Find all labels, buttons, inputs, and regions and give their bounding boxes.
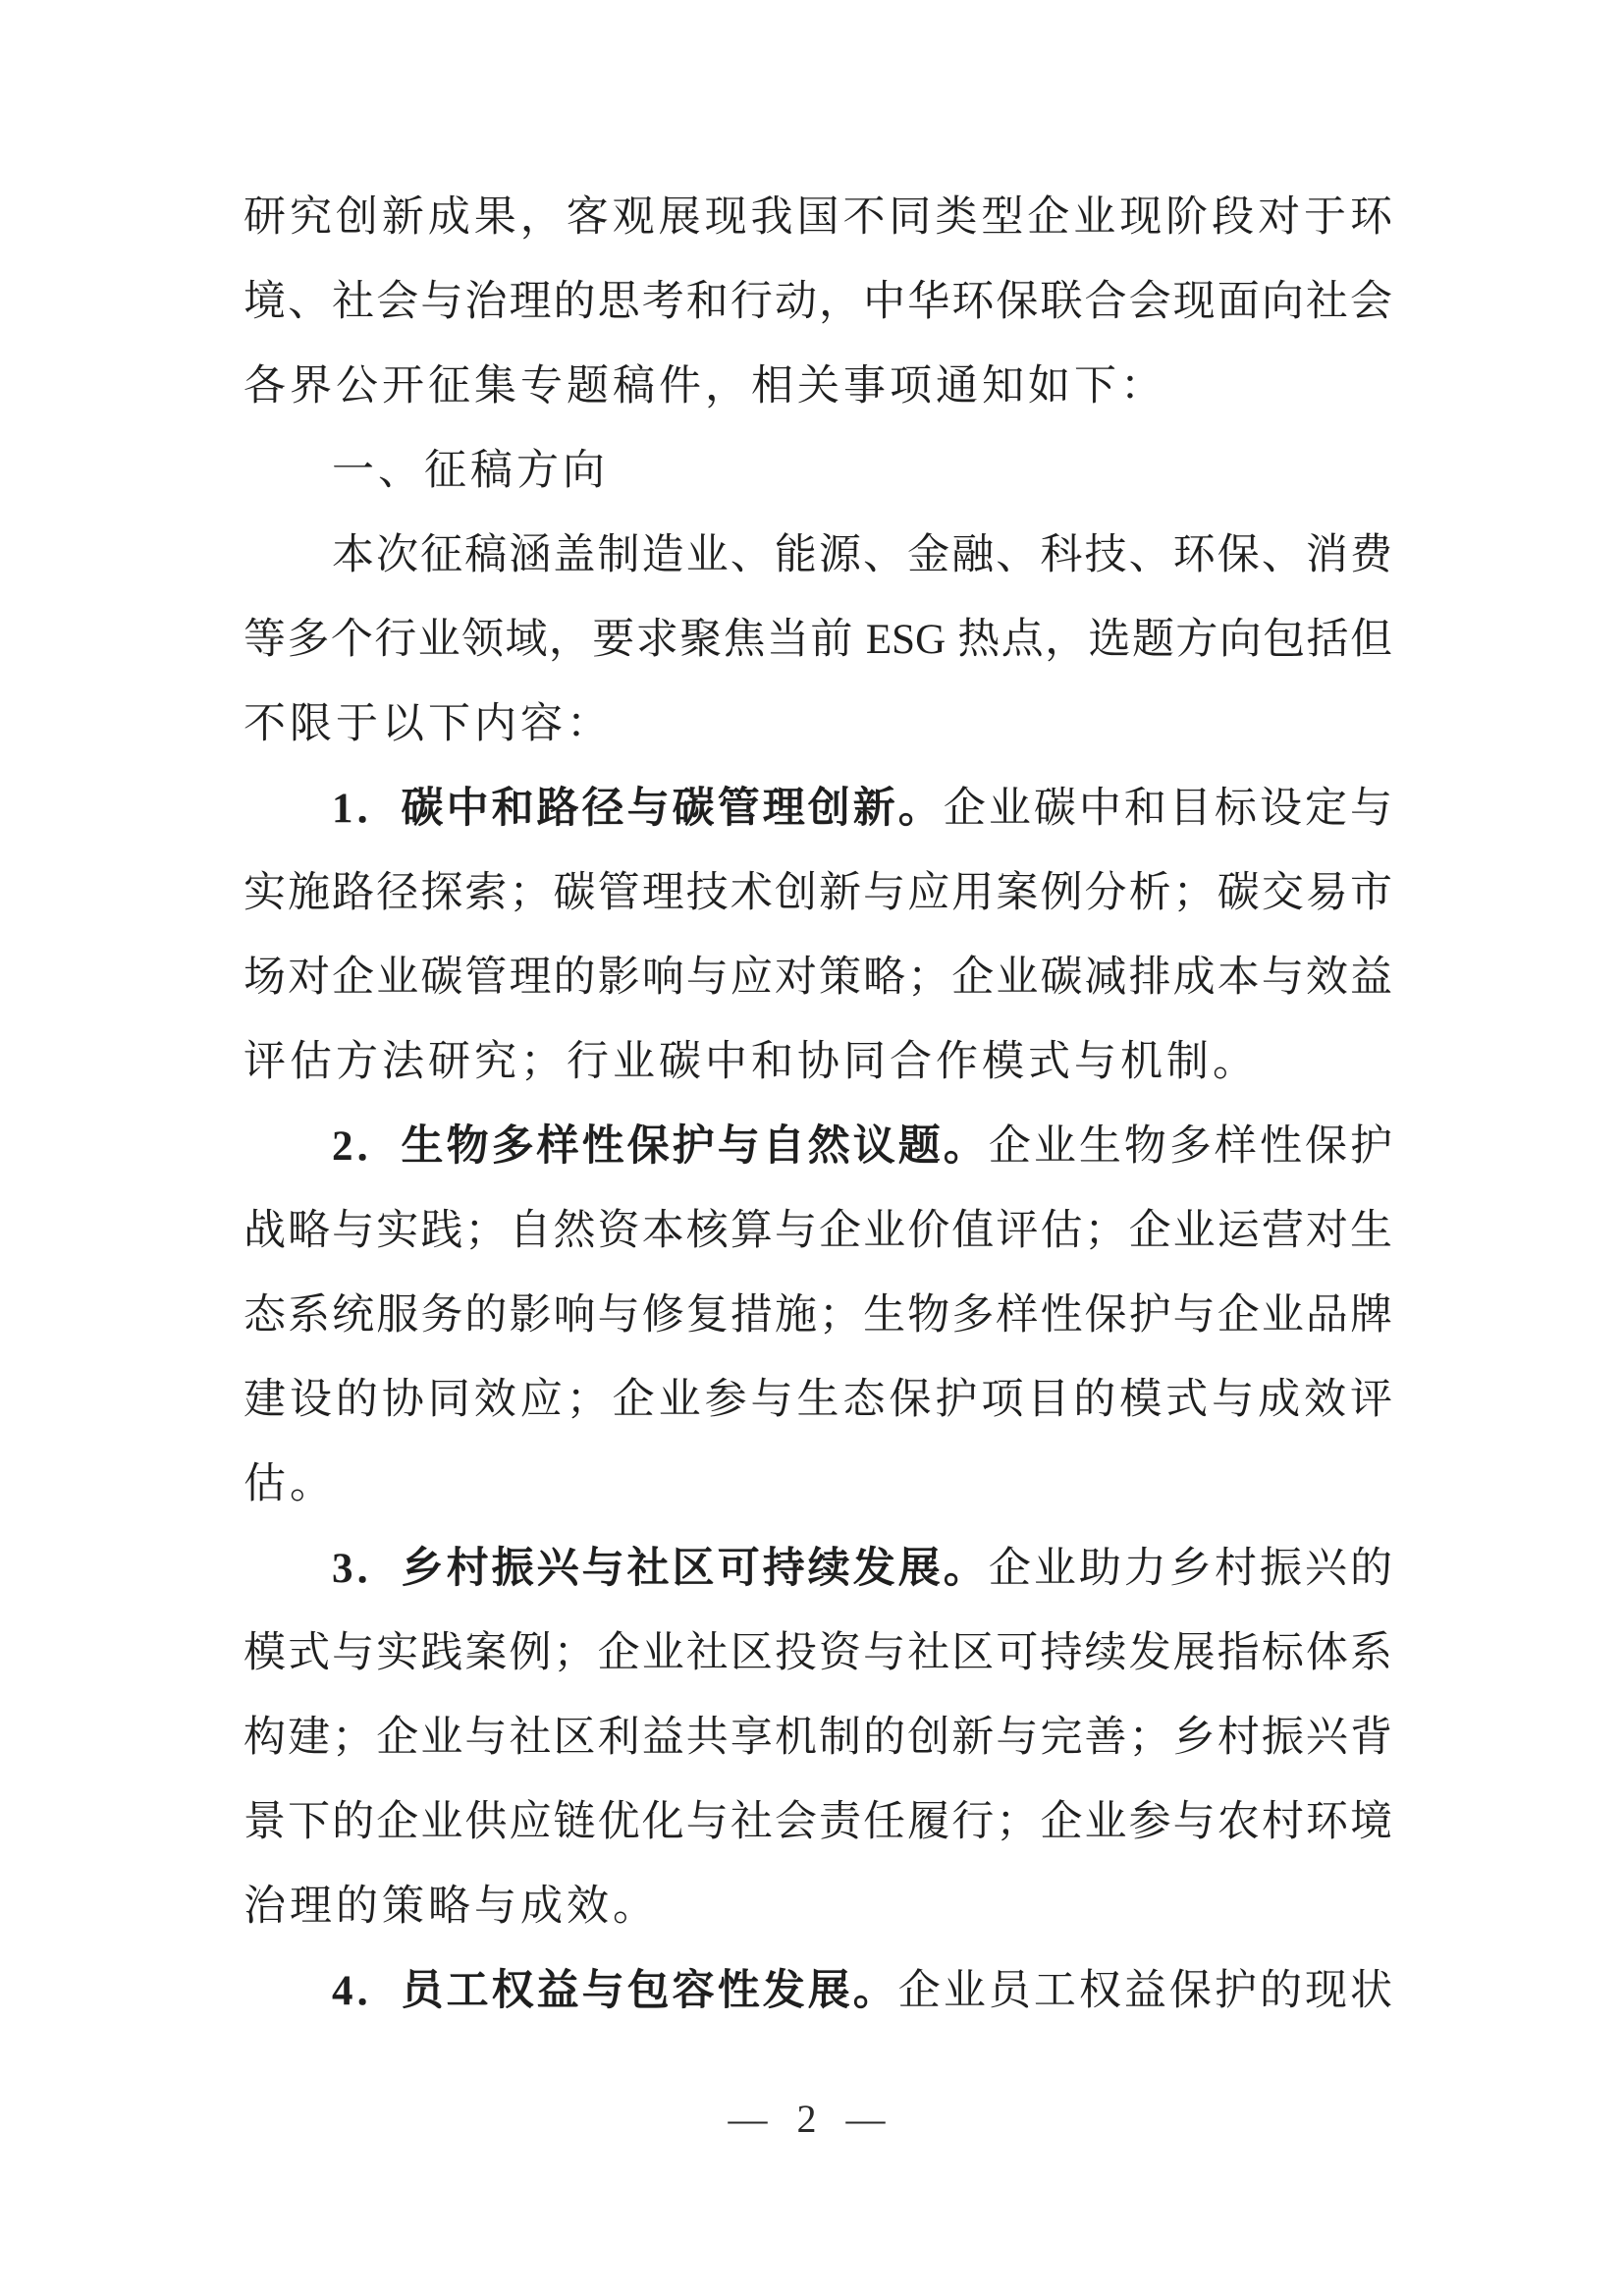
document-body: 研究创新成果，客观展现我国不同类型企业现阶段对于环 境、社会与治理的思考和行动，… (243, 176, 1392, 2034)
line-text: 企业员工权益保护的现状 (898, 1968, 1392, 2014)
line-text: 战略与实践；自然资本核算与企业价值评估；企业运营对生 (243, 1208, 1392, 1254)
text-line: 场对企业碳管理的影响与应对策略；企业碳减排成本与效益 (243, 936, 1392, 1020)
line-text: 研究创新成果，客观展现我国不同类型企业现阶段对于环 (243, 194, 1392, 241)
text-line: 本次征稿涵盖制造业、能源、金融、科技、环保、消费 (243, 514, 1392, 598)
text-line: 建设的协同效应；企业参与生态保护项目的模式与成效评 (243, 1358, 1392, 1443)
line-text: 态系统服务的影响与修复措施；生物多样性保护与企业品牌 (243, 1292, 1392, 1339)
line-text: 不限于以下内容： (243, 701, 613, 747)
line-text: 场对企业碳管理的影响与应对策略；企业碳减排成本与效益 (243, 955, 1392, 1001)
section-heading-line: 一、征稿方向 (243, 429, 1392, 514)
page-number: — 2 — (0, 2096, 1623, 2142)
line-text: 实施路径探索；碳管理技术创新与应用案例分析；碳交易市 (243, 870, 1392, 916)
numbered-item-line: 3．乡村振兴与社区可持续发展。企业助力乡村振兴的 (243, 1527, 1392, 1612)
text-line: 景下的企业供应链优化与社会责任履行；企业参与农村环境 (243, 1780, 1392, 1865)
line-text: 企业碳中和目标设定与 (944, 786, 1392, 832)
text-line: 实施路径探索；碳管理技术创新与应用案例分析；碳交易市 (243, 851, 1392, 936)
line-text: 境、社会与治理的思考和行动，中华环保联合会现面向社会 (243, 279, 1392, 325)
text-line: 研究创新成果，客观展现我国不同类型企业现阶段对于环 (243, 176, 1392, 260)
line-text: 模式与实践案例；企业社区投资与社区可持续发展指标体系 (243, 1630, 1392, 1676)
line-text: 企业生物多样性保护 (989, 1123, 1392, 1170)
line-text: 各界公开征集专题稿件，相关事项通知如下： (243, 363, 1166, 410)
text-line: 构建；企业与社区利益共享机制的创新与完善；乡村振兴背 (243, 1696, 1392, 1780)
line-text: 企业助力乡村振兴的 (989, 1546, 1392, 1592)
line-text: 一、征稿方向 (332, 448, 609, 494)
line-text: 建设的协同效应；企业参与生态保护项目的模式与成效评 (243, 1377, 1392, 1423)
line-text: 评估方法研究；行业碳中和协同合作模式与机制。 (243, 1039, 1259, 1085)
text-line: 战略与实践；自然资本核算与企业价值评估；企业运营对生 (243, 1189, 1392, 1274)
text-line: 各界公开征集专题稿件，相关事项通知如下： (243, 345, 1392, 429)
document-page: 研究创新成果，客观展现我国不同类型企业现阶段对于环 境、社会与治理的思考和行动，… (0, 0, 1623, 2296)
text-line: 不限于以下内容： (243, 683, 1392, 767)
line-bold-text: 2．生物多样性保护与自然议题。 (332, 1123, 989, 1170)
line-text: 等多个行业领域，要求聚焦当前 ESG 热点，选题方向包括但 (243, 617, 1392, 663)
text-line: 态系统服务的影响与修复措施；生物多样性保护与企业品牌 (243, 1274, 1392, 1358)
text-line: 评估方法研究；行业碳中和协同合作模式与机制。 (243, 1020, 1392, 1105)
line-text: 构建；企业与社区利益共享机制的创新与完善；乡村振兴背 (243, 1715, 1392, 1761)
text-line: 估。 (243, 1443, 1392, 1527)
line-bold-text: 1．碳中和路径与碳管理创新。 (332, 786, 944, 832)
text-line: 等多个行业领域，要求聚焦当前 ESG 热点，选题方向包括但 (243, 598, 1392, 683)
numbered-item-line: 4．员工权益与包容性发展。企业员工权益保护的现状 (243, 1949, 1392, 2034)
line-bold-text: 4．员工权益与包容性发展。 (332, 1968, 898, 2014)
line-text: 景下的企业供应链优化与社会责任履行；企业参与农村环境 (243, 1799, 1392, 1845)
text-line: 模式与实践案例；企业社区投资与社区可持续发展指标体系 (243, 1612, 1392, 1696)
line-bold-text: 3．乡村振兴与社区可持续发展。 (332, 1546, 989, 1592)
numbered-item-line: 1．碳中和路径与碳管理创新。企业碳中和目标设定与 (243, 767, 1392, 851)
line-text: 估。 (243, 1461, 336, 1507)
text-line: 治理的策略与成效。 (243, 1865, 1392, 1949)
line-text: 治理的策略与成效。 (243, 1884, 659, 1930)
line-text: 本次征稿涵盖制造业、能源、金融、科技、环保、消费 (332, 532, 1392, 578)
numbered-item-line: 2．生物多样性保护与自然议题。企业生物多样性保护 (243, 1105, 1392, 1189)
text-line: 境、社会与治理的思考和行动，中华环保联合会现面向社会 (243, 260, 1392, 345)
